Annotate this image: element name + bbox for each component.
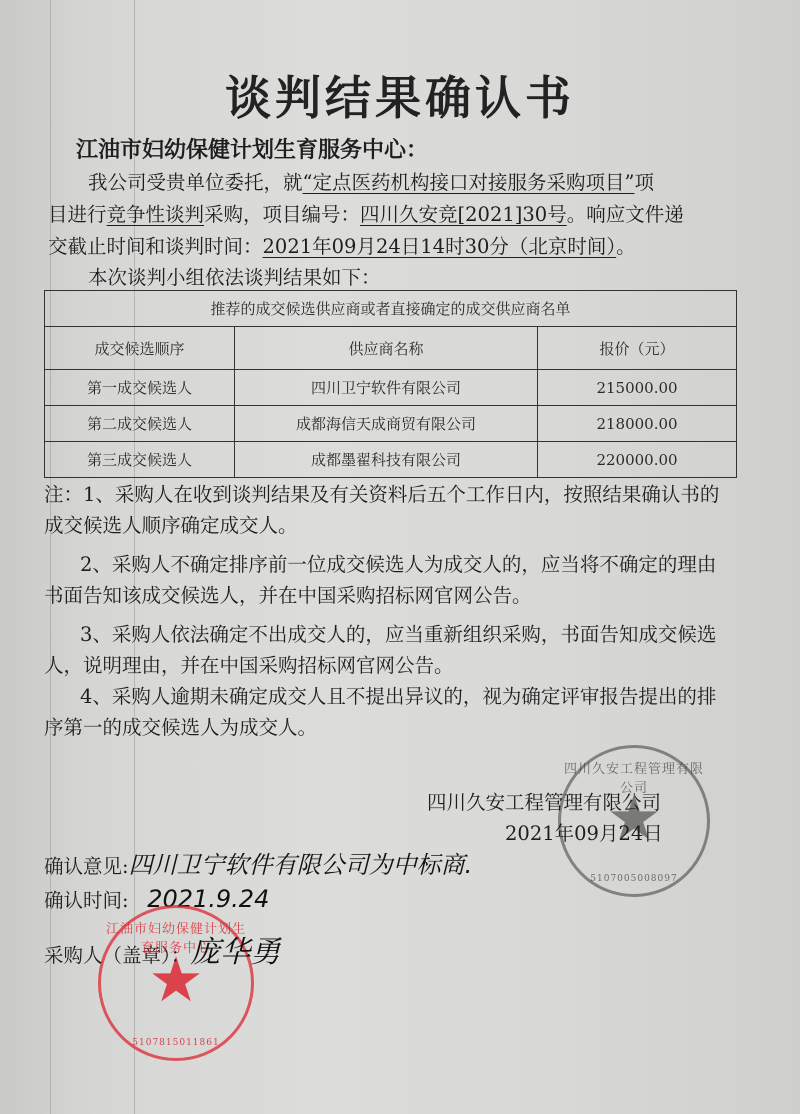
column-header-supplier: 供应商名称 (235, 327, 538, 370)
purchaser-signature: 庞华勇 (190, 935, 280, 970)
table-row: 第二成交候选人 成都海信天成商贸有限公司 218000.00 (45, 406, 737, 442)
confirm-time-label: 确认时间: (44, 889, 129, 912)
table-row: 第三成交候选人 成都墨翟科技有限公司 220000.00 (45, 442, 737, 478)
note-2: 2、采购人不确定排序前一位成交候选人为成交人的，应当将不确定的理由 书面告知该成… (44, 549, 744, 611)
result-intro: 本次谈判小组依法谈判结果如下： (48, 263, 734, 293)
supplier-cell: 成都海信天成商贸有限公司 (235, 406, 538, 442)
note-3: 3、采购人依法确定不出成交人的，应当重新组织采购，书面告知成交候选 人，说明理由… (44, 619, 744, 681)
agency-seal-code: 5107005008097 (561, 874, 707, 884)
price-cell: 220000.00 (538, 442, 737, 478)
recipient: 江油市妇幼保健计划生育服务中心： (76, 133, 428, 164)
intro-line-2: 目进行竞争性谈判采购，项目编号：四川久安竞[2021]30号。响应文件递 (48, 200, 734, 230)
intro-line-1: 我公司受贵单位委托，就“定点医药机构接口对接服务采购项目”项 (48, 168, 734, 198)
document-title: 谈判结果确认书 (0, 62, 800, 128)
issuer-name: 四川久安工程管理有限公司 (427, 787, 661, 815)
confirm-opinion: 确认意见:四川卫宁软件有限公司为中标商. (44, 845, 472, 880)
rank-cell: 第二成交候选人 (45, 406, 235, 442)
table-row: 第一成交候选人 四川卫宁软件有限公司 215000.00 (45, 370, 737, 406)
column-header-rank: 成交候选顺序 (45, 327, 235, 370)
intro-line-3: 交截止时间和谈判时间：2021年09月24日14时30分（北京时间）。 (48, 232, 734, 262)
supplier-cell: 成都墨翟科技有限公司 (235, 442, 538, 478)
issue-date: 2021年09月24日 (505, 818, 663, 846)
column-header-price: 报价（元） (538, 327, 737, 370)
confirm-opinion-label: 确认意见: (44, 855, 129, 878)
results-table: 推荐的成交候选供应商或者直接确定的成交供应商名单 成交候选顺序 供应商名称 报价… (44, 290, 737, 478)
note-4: 4、采购人逾期未确定成交人且不提出异议的，视为确定评审报告提出的排 序第一的成交… (44, 681, 744, 743)
purchaser-label: 采购人（盖章）： (44, 944, 190, 967)
price-cell: 215000.00 (538, 370, 737, 406)
purchaser-signature-line: 采购人（盖章）：庞华勇 (44, 927, 280, 971)
purchaser-seal-code: 5107815011861 (101, 1038, 251, 1048)
note-1: 注：1、采购人在收到谈判结果及有关资料后五个工作日内，按照结果确认书的 成交候选… (44, 479, 744, 541)
project-name: “定点医药机构接口对接服务采购项目” (303, 171, 635, 194)
procurement-method: 竞争性谈判 (107, 203, 205, 226)
price-cell: 218000.00 (538, 406, 737, 442)
confirm-opinion-handwritten: 四川卫宁软件有限公司为中标商. (129, 851, 473, 879)
table-caption: 推荐的成交候选供应商或者直接确定的成交供应商名单 (45, 291, 737, 327)
rank-cell: 第一成交候选人 (45, 370, 235, 406)
supplier-cell: 四川卫宁软件有限公司 (235, 370, 538, 406)
rank-cell: 第三成交候选人 (45, 442, 235, 478)
negotiation-datetime: 2021年09月24日14时30分（北京时间） (263, 235, 617, 258)
project-number: 四川久安竞[2021]30号 (360, 203, 567, 226)
